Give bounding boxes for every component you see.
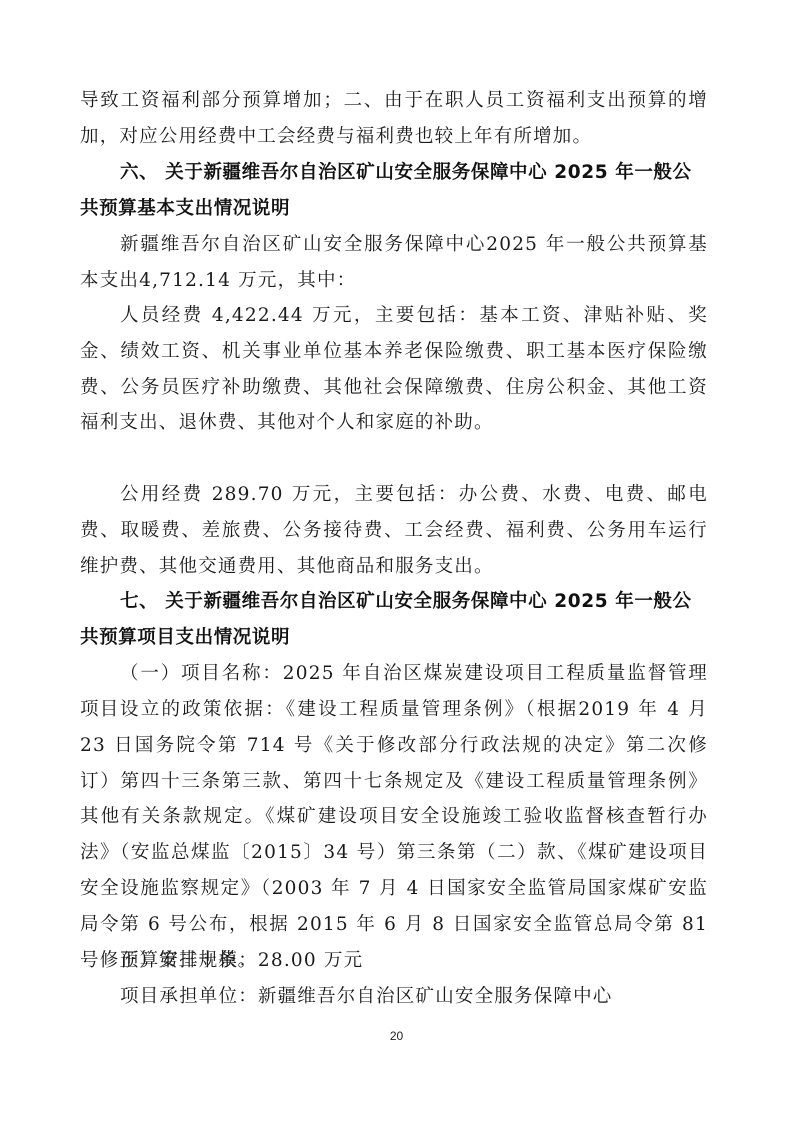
section-heading-7: 七、 关于新疆维吾尔自治区矿山安全服务保障中心 2025 年一般公共预算项目支出…	[80, 584, 708, 656]
document-page: 导致工资福利部分预算增加；二、由于在职人员工资福利支出预算的增加，对应公用经费中…	[0, 0, 793, 1122]
section-heading-6: 六、 关于新疆维吾尔自治区矿山安全服务保障中心 2025 年一般公共预算基本支出…	[80, 155, 708, 227]
paragraph-public-expenses: 公用经费 289.70 万元，主要包括：办公费、水费、电费、邮电费、取暖费、差旅…	[80, 477, 708, 584]
paragraph-policy-basis: 设立的政策依据：《建设工程质量管理条例》（根据2019 年 4 月 23 日国务…	[80, 692, 708, 978]
paragraph-responsible-unit: 项目承担单位：新疆维吾尔自治区矿山安全服务保障中心	[80, 979, 708, 1015]
paragraph-basic-expenditure: 新疆维吾尔自治区矿山安全服务保障中心2025 年一般公共预算基本支出4,712.…	[80, 227, 708, 299]
paragraph-continuation: 导致工资福利部分预算增加；二、由于在职人员工资福利支出预算的增加，对应公用经费中…	[80, 83, 708, 155]
page-number: 20	[0, 1029, 793, 1043]
paragraph-personnel-expenses: 人员经费 4,422.44 万元，主要包括：基本工资、津贴补贴、奖金、绩效工资、…	[80, 298, 708, 441]
paragraph-budget-scale: 预算安排规模：28.00 万元	[80, 943, 708, 979]
